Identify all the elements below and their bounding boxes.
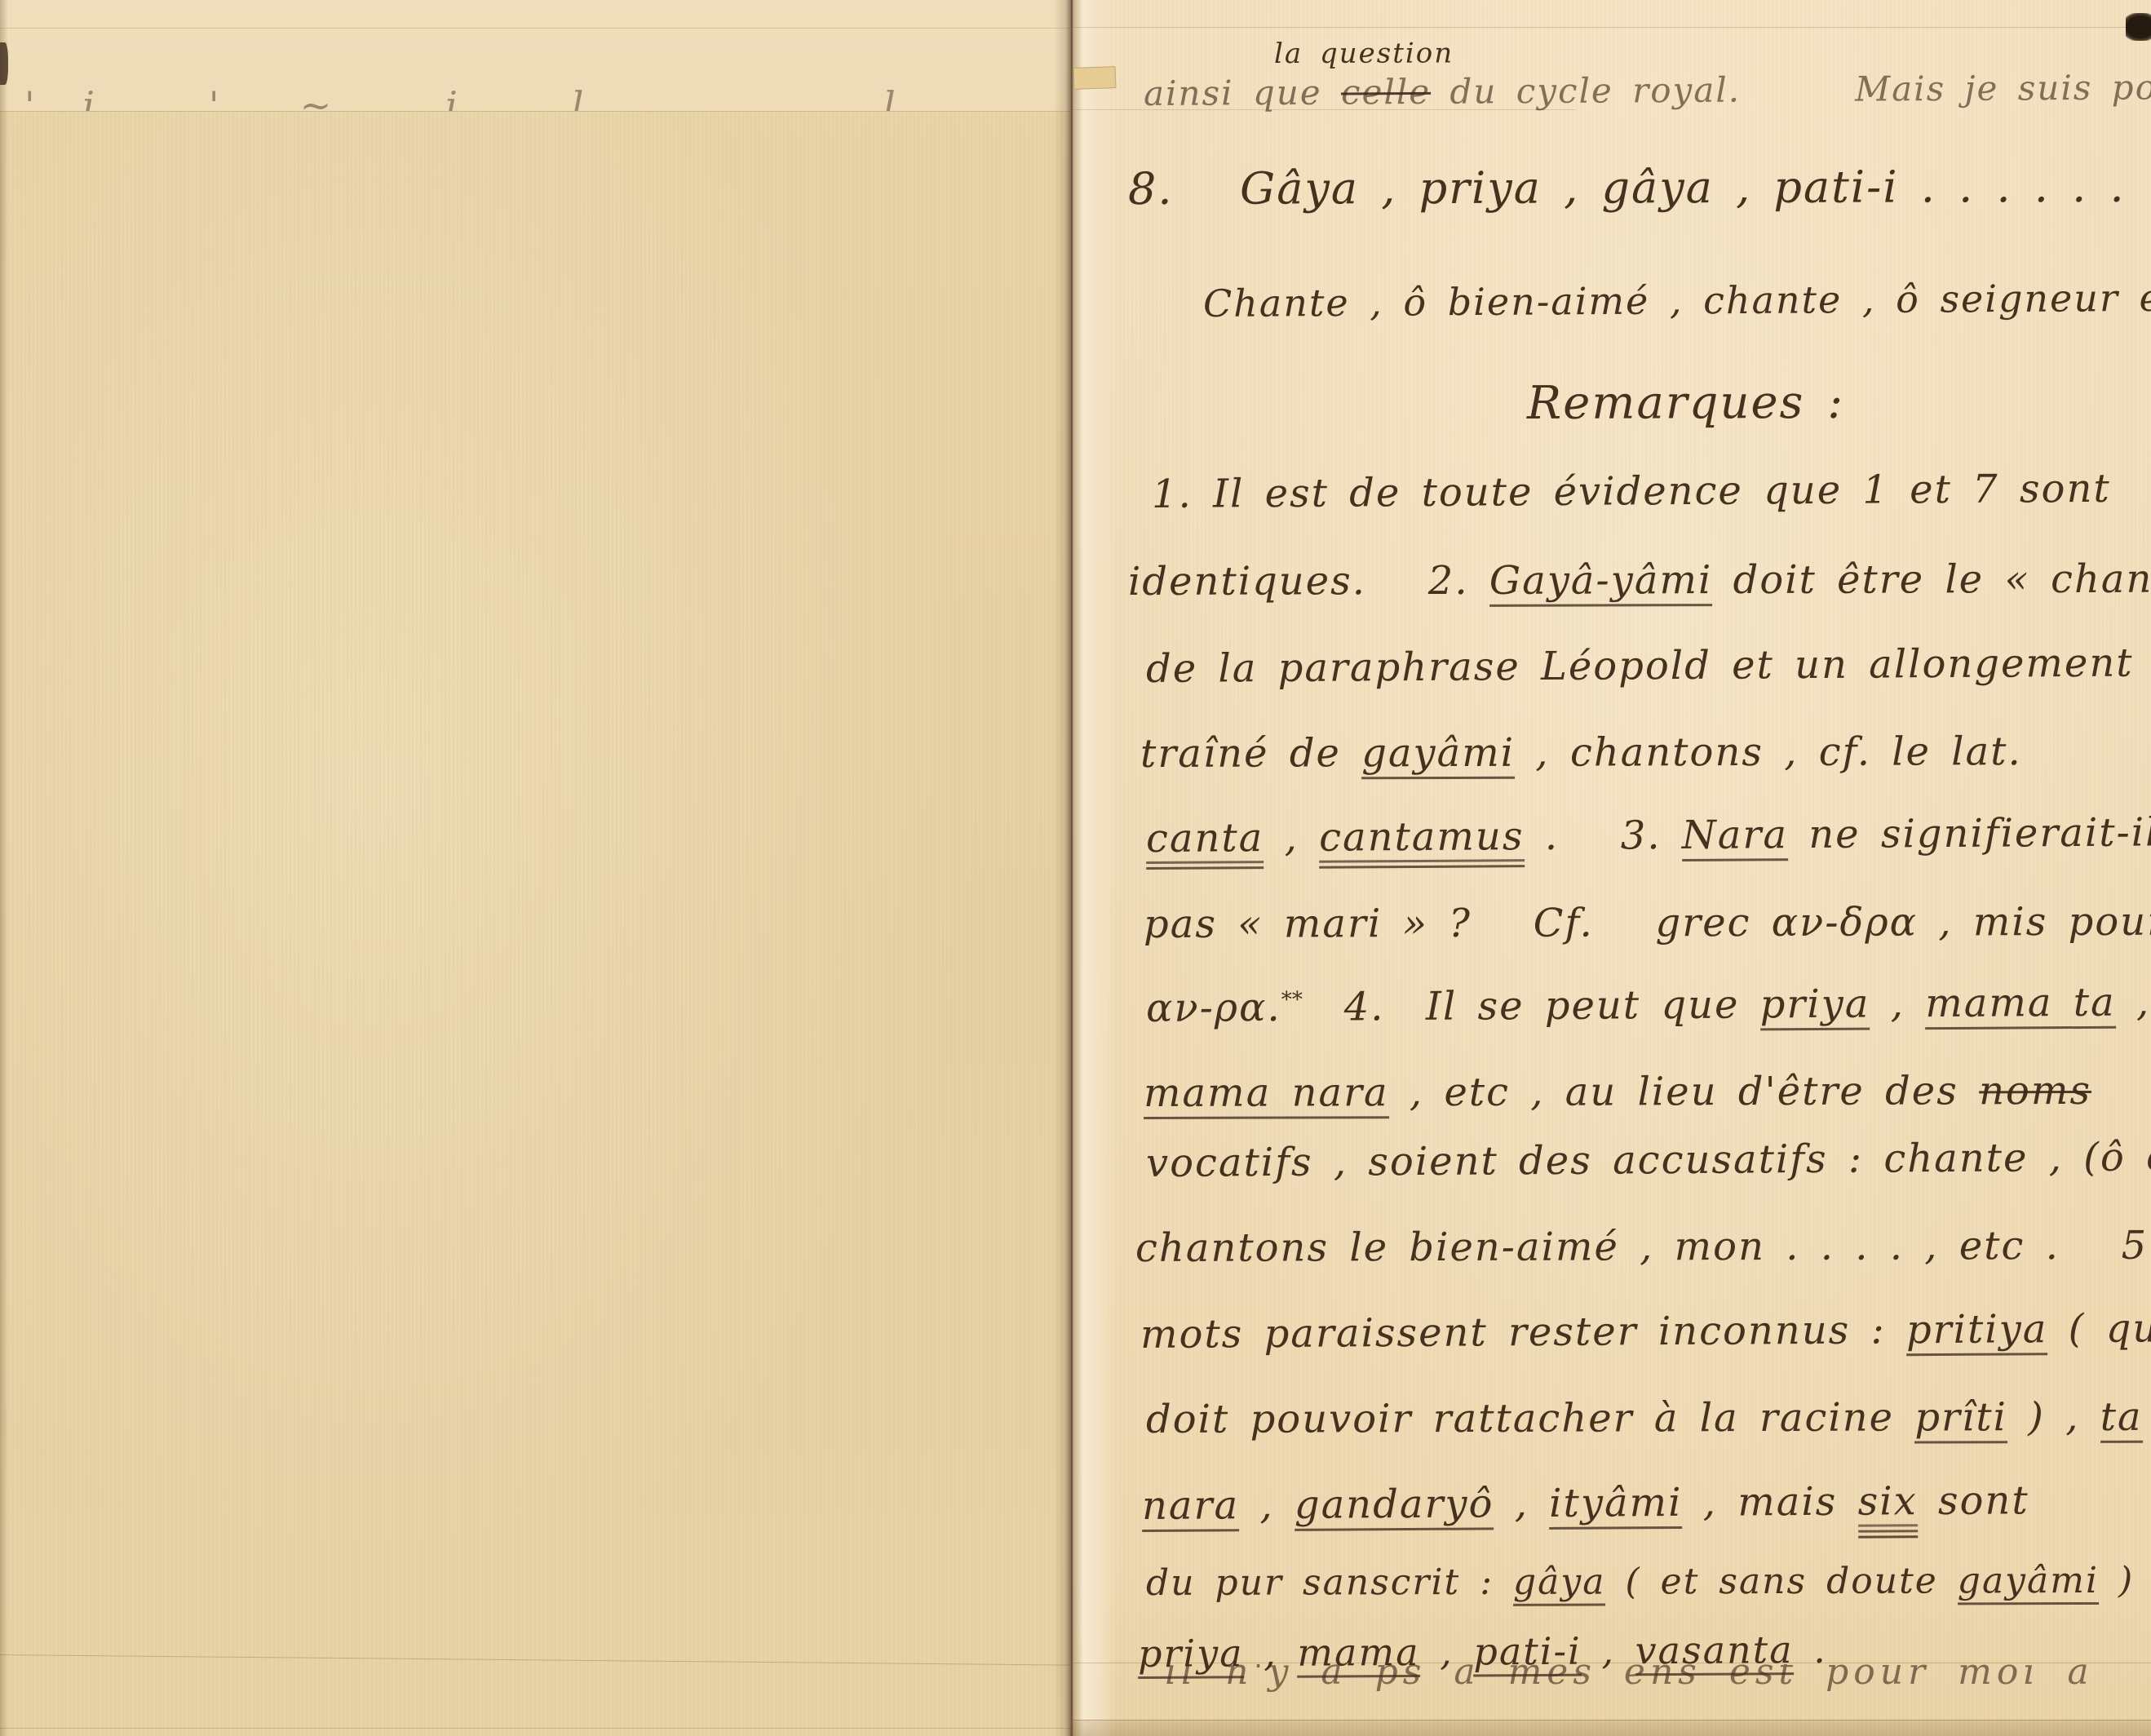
handwriting-lines: la questionainsi que celle du cycle roya… [0,0,2151,1736]
text-segment: ne signifierait-il [1788,809,2151,857]
text-segment: , [1419,1629,1473,1673]
text-segment: vasanta [1635,1627,1793,1676]
manuscript-line: du pur sanscrit : gâya ( et sans doute g… [1146,1559,2151,1604]
text-segment: sont [1917,1477,2029,1524]
text-segment: ** [1281,987,1303,1012]
text-segment: de la paraphrase Léopold et un allongeme… [1146,640,2134,692]
text-segment: , [1239,1482,1295,1528]
manuscript-line: la question [1274,37,1454,70]
text-segment: doit pouvoir rattacher à la racine [1146,1395,1914,1442]
text-segment: ta [2100,1394,2143,1444]
text-segment: canta [1146,815,1264,870]
manuscript-line: vocatifs , soient des accusatifs : chant… [1146,1133,2151,1186]
text-segment: chantons le bien-aimé , mon . . . . , et… [1135,1223,2151,1271]
text-segment: 8. Gâya , priya , gâya , pati-i . . . . … [1128,161,2126,215]
text-segment: mama [1297,1630,1419,1679]
text-segment: , [2143,1394,2151,1440]
text-segment: αν-ρα. [1146,985,1281,1031]
text-segment: gâya [1513,1561,1606,1607]
text-segment: pati-i [1473,1629,1582,1678]
text-segment: noms [1979,1068,2091,1114]
text-segment: identiques. 2. [1128,558,1489,604]
text-segment: , [1243,1631,1297,1675]
text-segment: mama ta [1925,980,2116,1030]
text-segment: Gayâ-yâmi [1489,557,1713,608]
text-segment: , etc , au lieu d'être des [1389,1068,1980,1115]
text-segment: Chante , ô bien-aimé , chante , ô seigne… [1203,273,2151,325]
text-segment: 4. Il se peut que [1303,981,1760,1030]
manuscript-line: de la paraphrase Léopold et un allongeme… [1146,640,2134,692]
text-segment: ainsi que [1144,73,1341,113]
manuscript-line: mots paraissent rester inconnus : pritiy… [1140,1305,2151,1357]
text-segment: ) , [2099,1560,2151,1601]
text-segment: , [1264,815,1319,861]
text-segment: priya [1760,981,1870,1032]
text-segment: mama nara [1144,1069,1389,1120]
text-segment: traîné de [1140,730,1361,777]
manuscript-line: chantons le bien-aimé , mon . . . . , et… [1135,1222,2151,1271]
manuscript-line: priya , mama , pati-i , vasanta . [1138,1627,1827,1676]
text-segment: , chantons , cf. le lat. [1515,728,2022,776]
manuscript-line: canta , cantamus . 3. Nara ne signifiera… [1146,809,2151,861]
text-segment: 1. Il est de toute évidence que 1 et 7 s… [1152,466,2111,517]
manuscript-line: ainsi que celle du cycle royal. Mais je … [1144,67,2151,113]
text-segment: ityâmi [1549,1480,1683,1530]
text-segment: mots paraissent rester inconnus : [1140,1307,1906,1357]
text-segment: pas « mari » ? Cf. grec αν-δρα , mis pou… [1144,899,2151,947]
text-segment: nara [1142,1482,1239,1533]
manuscript-scan: ' i ' ~ i l . . l l . il n'y a ps à mes … [0,0,2151,1736]
text-segment: la question [1274,37,1454,70]
text-segment: gayâmi [1958,1560,2099,1605]
text-segment: ( et sans doute [1605,1560,1957,1602]
manuscript-line: mama nara , etc , au lieu d'être des nom… [1144,1068,2091,1116]
text-segment: ( qu'on [2047,1305,2151,1352]
text-segment: du pur sanscrit : [1146,1561,1513,1604]
manuscript-line: αν-ρα.** 4. Il se peut que priya , mama … [1146,979,2151,1031]
text-segment: gayâmi [1361,730,1515,780]
text-segment: , mais [1682,1479,1857,1526]
manuscript-line: 8. Gâya , priya , gâya , pati-i . . . . … [1128,161,2126,215]
text-segment: doit être le « chantons » [1712,556,2151,603]
manuscript-line: identiques. 2. Gayâ-yâmi doit être le « … [1128,556,2151,604]
manuscript-line: 1. Il est de toute évidence que 1 et 7 s… [1152,466,2111,517]
text-segment: priya [1138,1631,1244,1680]
text-segment: Remarques : [1527,376,1844,430]
text-segment: vocatifs , soient des accusatifs : chant… [1146,1133,2151,1186]
text-segment: gandaryô [1295,1481,1494,1531]
manuscript-line: traîné de gayâmi , chantons , cf. le lat… [1140,728,2022,777]
manuscript-line: nara , gandaryô , ityâmi , mais six sont [1142,1477,2029,1529]
text-segment: . [1793,1627,1827,1672]
text-segment: du cycle royal. Mais je suis porté [1431,67,2151,112]
manuscript-line: Remarques : [1527,376,1844,430]
manuscript-line: Chante , ô bien-aimé , chante , ô seigne… [1203,273,2151,325]
text-segment: six [1857,1478,1918,1538]
text-segment: cantamus [1319,813,1525,869]
text-segment: Nara [1682,812,1789,862]
text-segment: ) , [2007,1394,2100,1440]
text-segment: , [2115,979,2150,1025]
text-segment: , [1494,1481,1549,1526]
text-segment: prîti [1914,1394,2007,1444]
text-segment: . 3. [1524,813,1682,859]
text-segment: pritiya [1906,1306,2048,1357]
text-segment: , [1582,1628,1635,1672]
manuscript-line: pas « mari » ? Cf. grec αν-δρα , mis pou… [1144,899,2151,947]
text-segment: , [1870,981,1925,1026]
manuscript-line: doit pouvoir rattacher à la racine prîti… [1146,1394,2151,1442]
text-segment: celle [1341,72,1431,113]
